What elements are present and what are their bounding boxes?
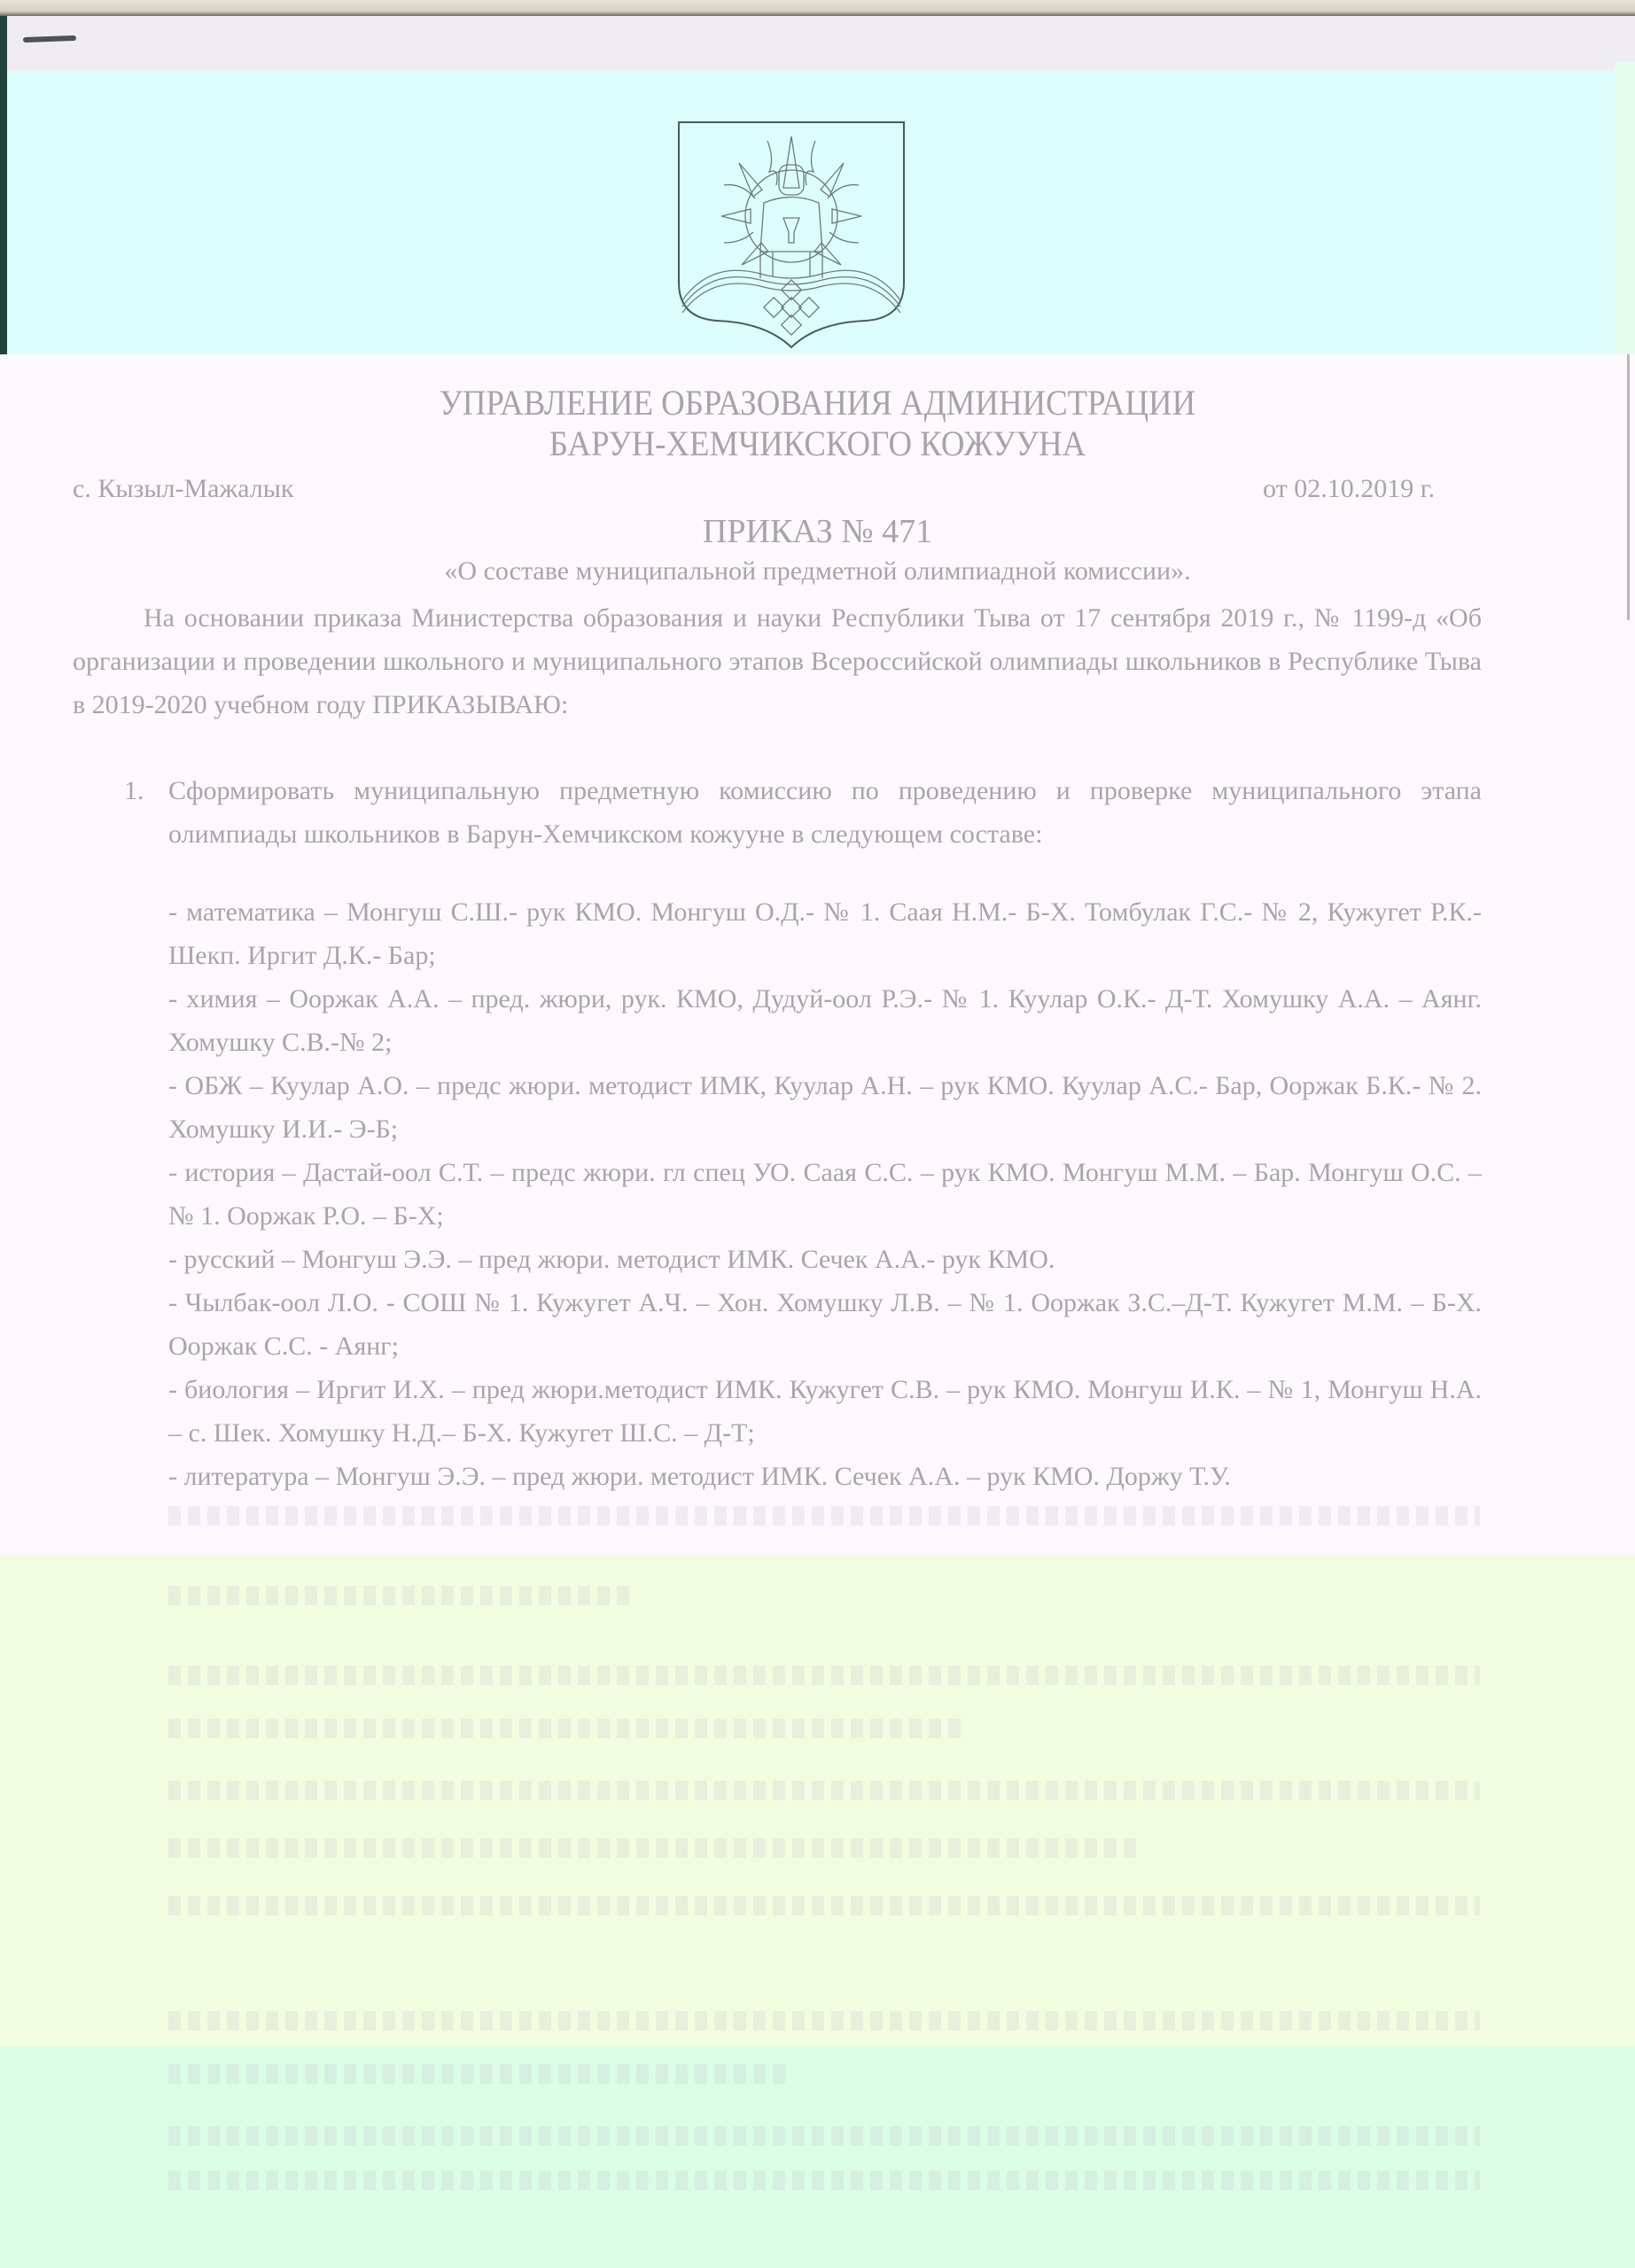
item-text: Сформировать муниципальную предметную ко… (168, 769, 1482, 856)
commission-entry-chemistry: - химия – Ооржак А.А. – пред. жюри, рук.… (168, 977, 1482, 1064)
organization-name-line-1: УПРАВЛЕНИЕ ОБРАЗОВАНИЯ АДМИНИСТРАЦИИ (66, 383, 1569, 423)
paper-top-margin (0, 16, 1635, 71)
place-of-issue: с. Кызыл-Мажалык (73, 474, 293, 504)
intro-paragraph: На основании приказа Министерства образо… (73, 596, 1482, 726)
order-title: ПРИКАЗ № 471 (0, 512, 1635, 551)
organization-name-line-2: БАРУН-ХЕМЧИКСКОГО КОЖУУНА (66, 423, 1569, 464)
order-date: от 02.10.2019 г. (1263, 474, 1435, 504)
illegible-text-line (168, 2011, 1480, 2031)
illegible-text-line (168, 2126, 1480, 2146)
illegible-text-line (168, 2064, 789, 2084)
illegible-text-line (168, 1506, 1480, 1526)
order-subject: «О составе муниципальной предметной олим… (0, 556, 1635, 586)
commission-entry-biology: - биология – Иргит И.Х. – пред жюри.мето… (168, 1368, 1482, 1455)
illegible-text-line (168, 1586, 629, 1605)
illegible-text-line (168, 1838, 1143, 1858)
illegible-text-line (168, 1719, 966, 1738)
item-number: 1. (124, 769, 144, 812)
lower-band (0, 1555, 1635, 2047)
commission-entry-mathematics: - математика – Монгуш С.Ш.- рук КМО. Мон… (168, 890, 1482, 977)
illegible-text-line (168, 1896, 1480, 1915)
illegible-text-line (168, 2171, 1480, 2190)
scan-left-border (0, 16, 7, 354)
commission-entry-literature: - литература – Монгуш Э.Э. – пред жюри. … (168, 1455, 1482, 1498)
commission-entry-russian: - русский – Монгуш Э.Э. – пред жюри. мет… (168, 1238, 1482, 1281)
commission-entry-russian-members: - Чылбак-оол Л.О. - СОШ № 1. Кужугет А.Ч… (168, 1281, 1482, 1368)
order-item-1: 1. Сформировать муниципальную предметную… (124, 769, 1482, 856)
illegible-text-line (168, 1781, 1480, 1800)
header-band-edge (1615, 62, 1635, 354)
commission-entry-obzh: - ОБЖ – Куулар А.О. – предс жюри. методи… (168, 1064, 1482, 1151)
scan-top-edge (0, 0, 1635, 16)
commission-list: - математика – Монгуш С.Ш.- рук КМО. Мон… (168, 890, 1482, 1498)
illegible-text-line (168, 1666, 1480, 1685)
coat-of-arms-icon (675, 119, 907, 351)
commission-entry-history: - история – Дастай-оол С.Т. – предс жюри… (168, 1151, 1482, 1238)
